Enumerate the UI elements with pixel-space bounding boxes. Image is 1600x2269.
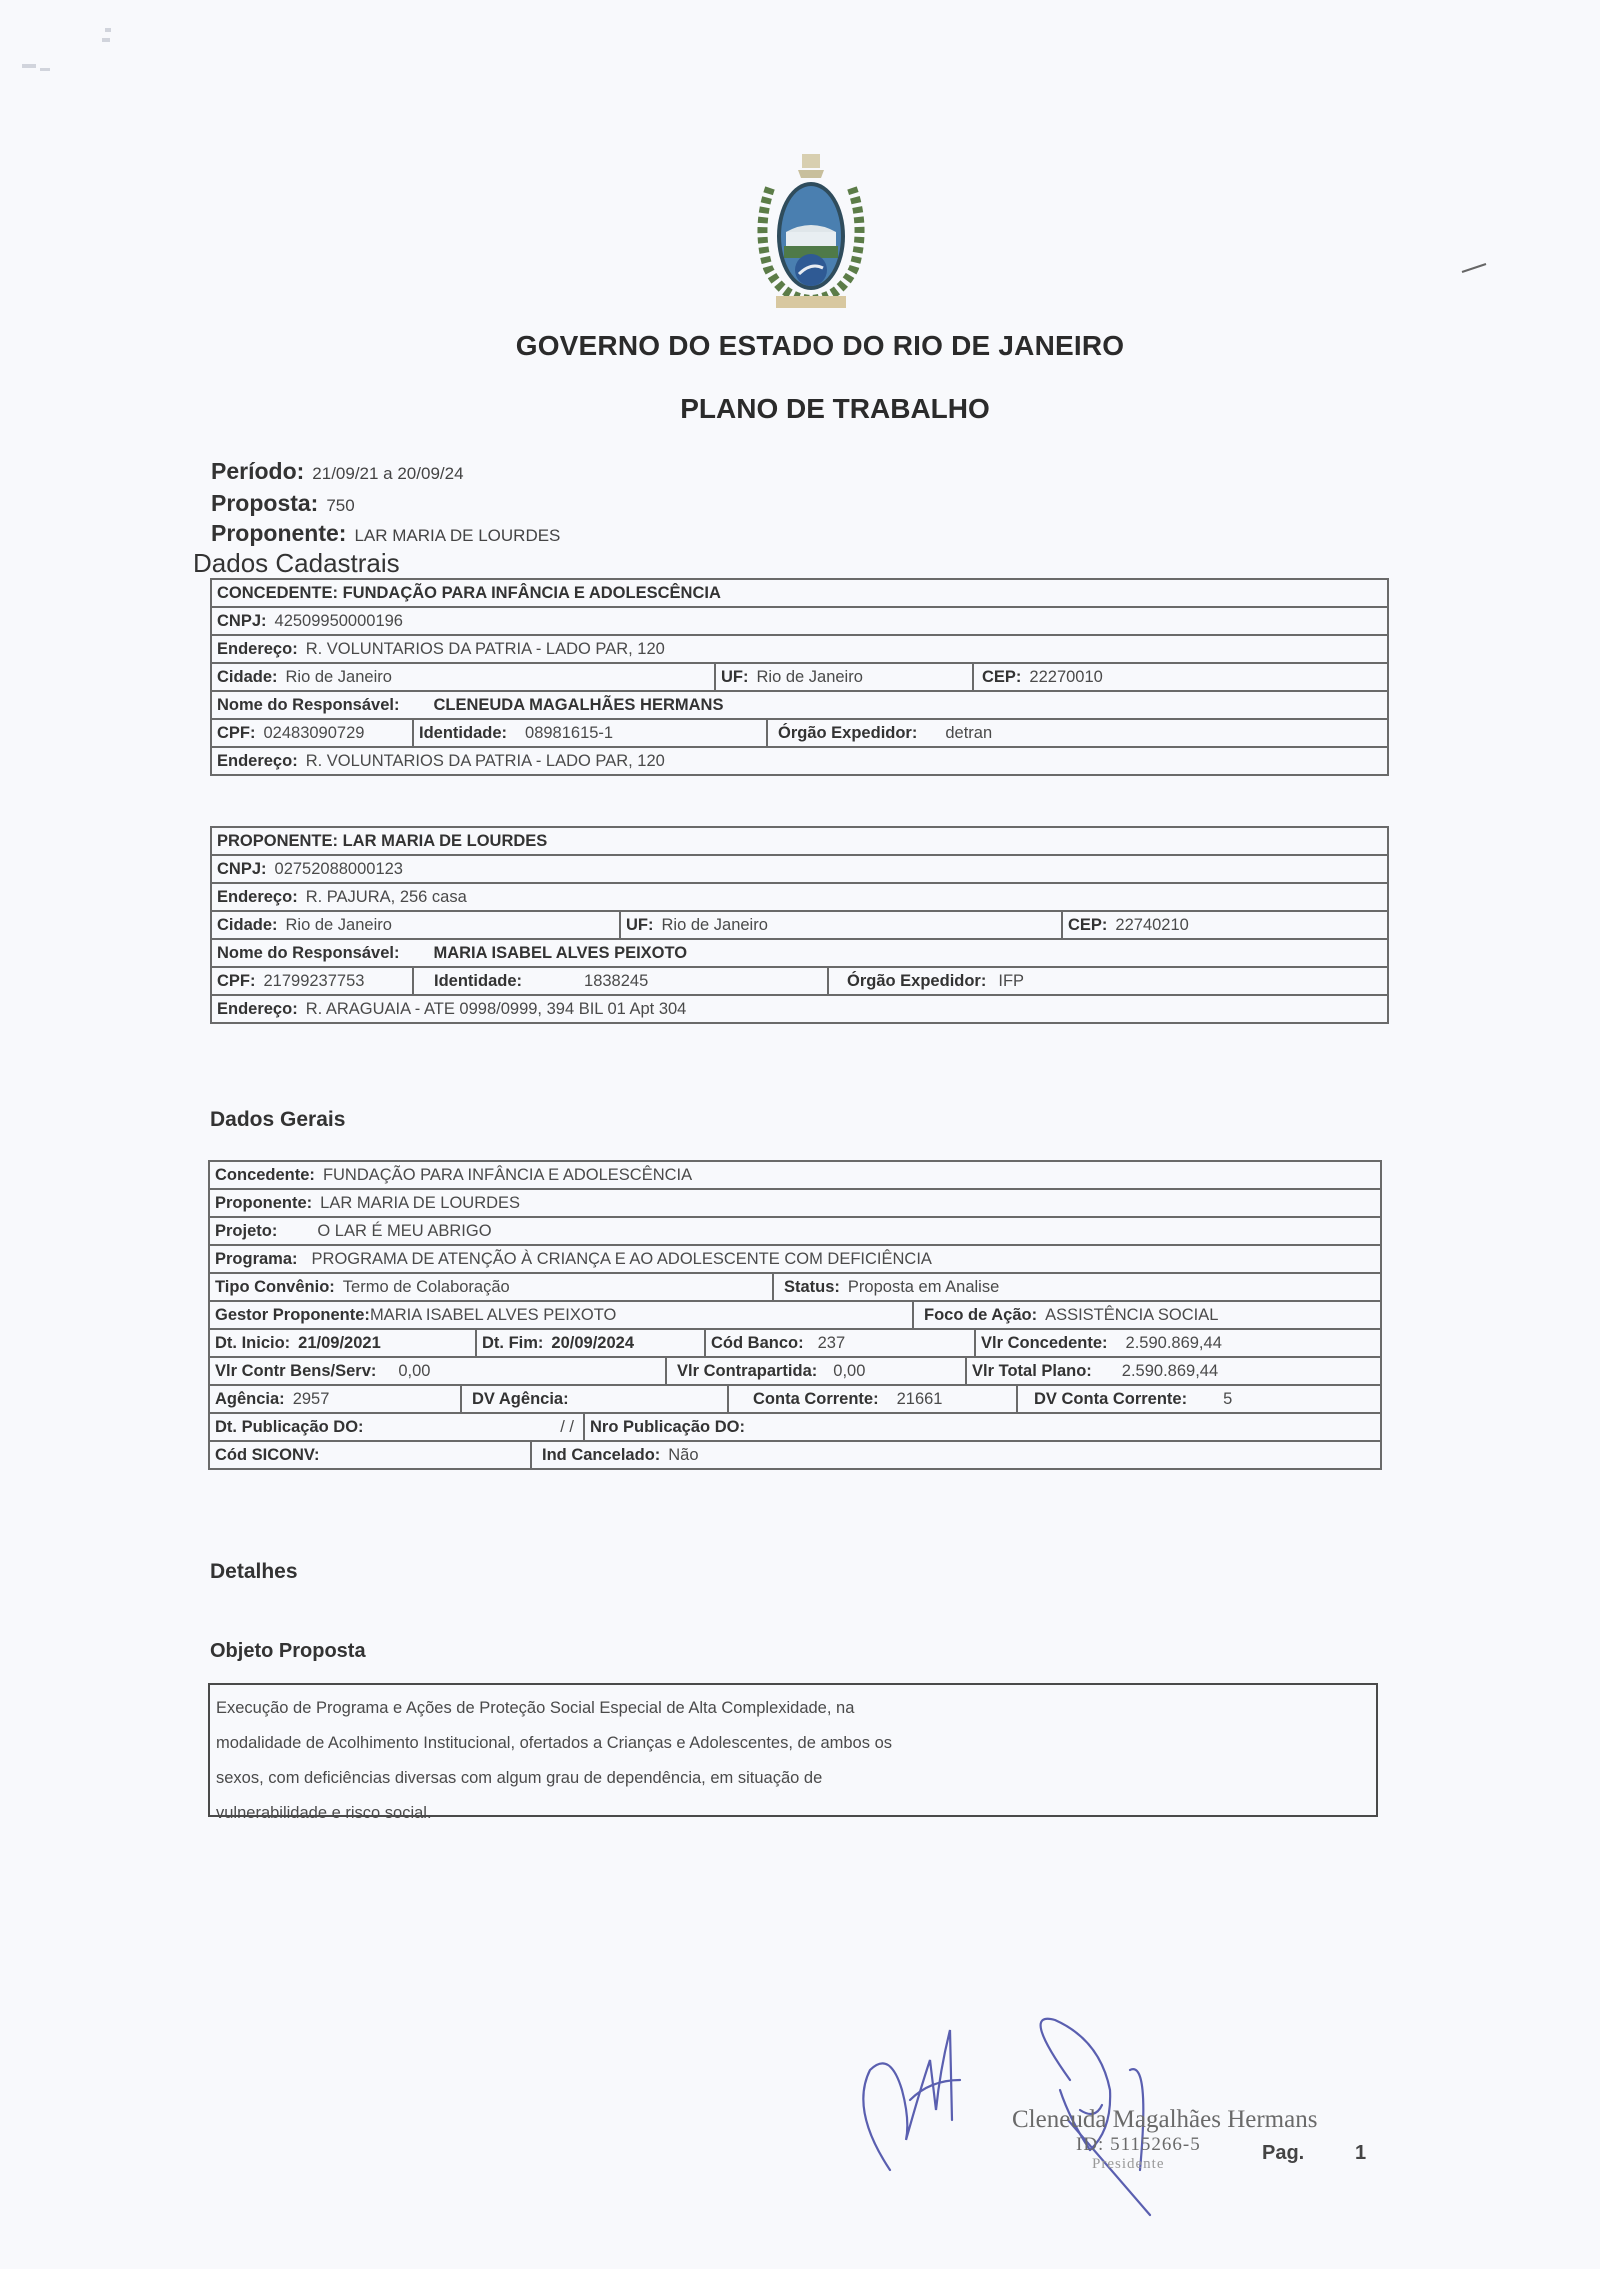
concedente-endereco: R. VOLUNTARIOS DA PATRIA - LADO PAR, 120 — [306, 640, 665, 658]
gerais-proponente: LAR MARIA DE LOURDES — [320, 1194, 520, 1212]
page-label: Pag. — [1262, 2142, 1304, 2165]
scan-mark — [1460, 262, 1490, 276]
gerais-dv-conta: 5 — [1223, 1390, 1232, 1408]
table-row: Tipo Convênio:Termo de Colaboração Statu… — [209, 1273, 1381, 1301]
table-row: Gestor Proponente:MARIA ISABEL ALVES PEI… — [209, 1301, 1381, 1329]
table-row: Cidade:Rio de Janeiro UF:Rio de Janeiro … — [211, 911, 1388, 939]
gerais-agencia: 2957 — [293, 1390, 330, 1408]
objeto-line: Execução de Programa e Ações de Proteção… — [216, 1691, 1370, 1726]
proponente-line: Proponente:LAR MARIA DE LOURDES — [211, 520, 560, 547]
gerais-tipo-convenio: Termo de Colaboração — [343, 1278, 510, 1296]
table-row: Proponente:LAR MARIA DE LOURDES — [209, 1189, 1381, 1217]
table-row: Programa:PROGRAMA DE ATENÇÃO À CRIANÇA E… — [209, 1245, 1381, 1273]
gerais-cod-banco: 237 — [818, 1334, 846, 1352]
table-row: Nome do Responsável:CLENEUDA MAGALHÃES H… — [211, 691, 1388, 719]
gerais-projeto: O LAR É MEU ABRIGO — [317, 1222, 491, 1240]
table-row: Vlr Contr Bens/Serv:0,00 Vlr Contraparti… — [209, 1357, 1381, 1385]
table-row: CPF:21799237753 Identidade:1838245 Órgão… — [211, 967, 1388, 995]
table-row: Cidade:Rio de Janeiro UF:Rio de Janeiro … — [211, 663, 1388, 691]
table-row: CONCEDENTE: FUNDAÇÃO PARA INFÂNCIA E ADO… — [211, 579, 1388, 607]
objeto-line: sexos, com deficiências diversas com alg… — [216, 1761, 1370, 1796]
coat-of-arms-icon — [752, 148, 870, 320]
gerais-gestor: MARIA ISABEL ALVES PEIXOTO — [370, 1306, 616, 1324]
gerais-vlr-total: 2.590.869,44 — [1122, 1362, 1218, 1380]
concedente-header: CONCEDENTE: FUNDAÇÃO PARA INFÂNCIA E ADO… — [211, 579, 1388, 607]
proponente-cpf: 21799237753 — [264, 972, 365, 990]
gerais-vlr-concedente: 2.590.869,44 — [1126, 1334, 1222, 1352]
proponente-label: Proponente: — [211, 520, 346, 546]
page-number: 1 — [1355, 2142, 1366, 2165]
proposta-line: Proposta:750 — [211, 490, 355, 517]
proposta-label: Proposta: — [211, 490, 318, 516]
scan-smudge — [10, 20, 120, 80]
objeto-line: vulnerabilidade e risco social. — [216, 1796, 1370, 1831]
concedente-cidade: Rio de Janeiro — [286, 668, 392, 686]
periodo-label: Período: — [211, 458, 304, 484]
gerais-conta: 21661 — [897, 1390, 943, 1408]
table-row: PROPONENTE: LAR MARIA DE LOURDES — [211, 827, 1388, 855]
gerais-programa: PROGRAMA DE ATENÇÃO À CRIANÇA E AO ADOLE… — [312, 1250, 932, 1268]
table-row: Agência:2957 DV Agência: Conta Corrente:… — [209, 1385, 1381, 1413]
periodo-value: 21/09/21 a 20/09/24 — [312, 464, 463, 483]
handwritten-signature-icon — [840, 1970, 1220, 2220]
dados-gerais-table: Concedente:FUNDAÇÃO PARA INFÂNCIA E ADOL… — [208, 1160, 1382, 1470]
table-row: Dt. Publicação DO:/ / Nro Publicação DO: — [209, 1413, 1381, 1441]
proponente-orgao: IFP — [998, 972, 1024, 990]
document-subtitle: PLANO DE TRABALHO — [0, 393, 1600, 425]
gerais-vlr-contrapartida: 0,00 — [833, 1362, 865, 1380]
gerais-vlr-contr: 0,00 — [398, 1362, 430, 1380]
periodo-line: Período:21/09/21 a 20/09/24 — [211, 458, 464, 485]
proponente-uf: Rio de Janeiro — [662, 916, 768, 934]
concedente-cnpj: 42509950000196 — [275, 612, 403, 630]
concedente-cpf: 02483090729 — [264, 724, 365, 742]
dados-cadastrais-heading: Dados Cadastrais — [193, 548, 400, 579]
proponente-table: PROPONENTE: LAR MARIA DE LOURDES CNPJ:02… — [210, 826, 1389, 1024]
proponente-endereco2: R. ARAGUAIA - ATE 0998/0999, 394 BIL 01 … — [306, 1000, 687, 1018]
concedente-table: CONCEDENTE: FUNDAÇÃO PARA INFÂNCIA E ADO… — [210, 578, 1389, 776]
concedente-cep: 22270010 — [1029, 668, 1102, 686]
dados-gerais-heading: Dados Gerais — [210, 1108, 345, 1132]
table-row: Concedente:FUNDAÇÃO PARA INFÂNCIA E ADOL… — [209, 1161, 1381, 1189]
document-title: GOVERNO DO ESTADO DO RIO DE JANEIRO — [0, 330, 1600, 362]
objeto-line: modalidade de Acolhimento Institucional,… — [216, 1726, 1370, 1761]
table-row: Dt. Inicio:21/09/2021 Dt. Fim:20/09/2024… — [209, 1329, 1381, 1357]
concedente-endereco2: R. VOLUNTARIOS DA PATRIA - LADO PAR, 120 — [306, 752, 665, 770]
gerais-cancelado: Não — [668, 1446, 698, 1464]
proponente-value: LAR MARIA DE LOURDES — [354, 526, 560, 545]
gerais-status: Proposta em Analise — [848, 1278, 999, 1296]
gerais-dt-inicio: 21/09/2021 — [298, 1334, 381, 1352]
objeto-proposta-box: Execução de Programa e Ações de Proteção… — [208, 1683, 1378, 1817]
concedente-orgao: detran — [945, 724, 992, 742]
table-row: Endereço:R. PAJURA, 256 casa — [211, 883, 1388, 911]
table-row: Cód SICONV: Ind Cancelado:Não — [209, 1441, 1381, 1469]
concedente-uf: Rio de Janeiro — [757, 668, 863, 686]
proponente-cnpj: 02752088000123 — [275, 860, 403, 878]
table-row: Endereço:R. VOLUNTARIOS DA PATRIA - LADO… — [211, 635, 1388, 663]
table-row: Projeto:O LAR É MEU ABRIGO — [209, 1217, 1381, 1245]
gerais-foco: ASSISTÊNCIA SOCIAL — [1045, 1306, 1218, 1324]
proponente-cep: 22740210 — [1115, 916, 1188, 934]
proponente-cidade: Rio de Janeiro — [286, 916, 392, 934]
objeto-proposta-heading: Objeto Proposta — [210, 1640, 366, 1663]
gerais-dt-fim: 20/09/2024 — [551, 1334, 634, 1352]
table-row: CPF:02483090729 Identidade:08981615-1 Ór… — [211, 719, 1388, 747]
stamp-name: Cleneuda Magalhães Hermans — [1012, 2106, 1317, 2134]
concedente-identidade: 08981615-1 — [525, 724, 613, 742]
table-row: Endereço:R. ARAGUAIA - ATE 0998/0999, 39… — [211, 995, 1388, 1023]
proponente-responsavel: MARIA ISABEL ALVES PEIXOTO — [433, 944, 687, 962]
proposta-value: 750 — [326, 496, 354, 515]
proponente-endereco: R. PAJURA, 256 casa — [306, 888, 467, 906]
gerais-dt-publicacao: / / — [560, 1414, 574, 1440]
gerais-concedente: FUNDAÇÃO PARA INFÂNCIA E ADOLESCÊNCIA — [323, 1166, 692, 1184]
table-row: Endereço:R. VOLUNTARIOS DA PATRIA - LADO… — [211, 747, 1388, 775]
table-row: Nome do Responsável:MARIA ISABEL ALVES P… — [211, 939, 1388, 967]
table-row: CNPJ:42509950000196 — [211, 607, 1388, 635]
proponente-identidade: 1838245 — [584, 972, 648, 990]
detalhes-heading: Detalhes — [210, 1560, 298, 1584]
concedente-responsavel: CLENEUDA MAGALHÃES HERMANS — [433, 696, 723, 714]
table-row: CNPJ:02752088000123 — [211, 855, 1388, 883]
proponente-header: PROPONENTE: LAR MARIA DE LOURDES — [211, 827, 1388, 855]
